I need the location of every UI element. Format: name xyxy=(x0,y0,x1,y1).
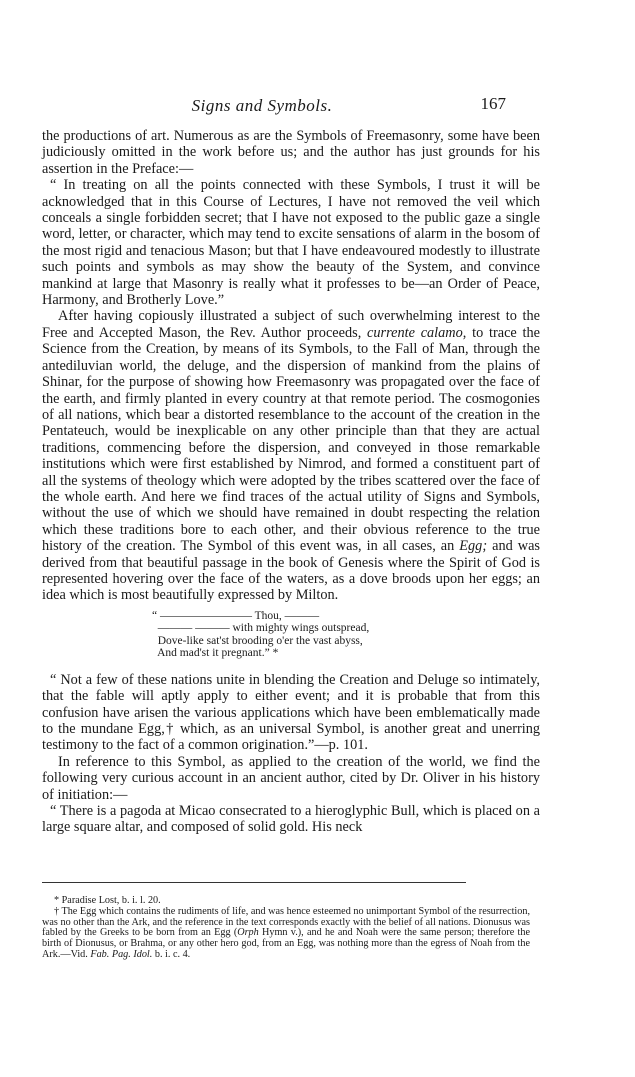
italic-phrase: currente calamo xyxy=(367,325,463,341)
paragraph-1: the productions of art. Numerous as are … xyxy=(42,128,540,177)
paragraph-5: In reference to this Symbol, as applied … xyxy=(42,754,540,803)
italic-egg: Egg; xyxy=(459,538,487,554)
milton-verse: “ ———————— Thou, ——— ——— ——— with mighty… xyxy=(152,610,540,660)
verse-line: Dove-like sat'st brooding o'er the vast … xyxy=(152,635,540,648)
body-text: the productions of art. Numerous as are … xyxy=(42,128,540,836)
running-head: Signs and Symbols. 167 xyxy=(42,96,540,118)
footnote-rule xyxy=(42,882,466,883)
paragraph-6: “ There is a pagoda at Micao consecrated… xyxy=(42,803,540,836)
running-title: Signs and Symbols. xyxy=(42,96,482,116)
verse-line: “ ———————— Thou, ——— xyxy=(152,610,540,623)
verse-line: ——— ——— with mighty wings outspread, xyxy=(152,622,540,635)
paragraph-4: “ Not a few of these nations unite in bl… xyxy=(42,672,540,754)
page-number: 167 xyxy=(481,94,507,114)
verse-line: And mad'st it pregnant.” * xyxy=(152,647,540,660)
paragraph-3: After having copiously illustrated a sub… xyxy=(42,308,540,603)
paragraph-preface-quote: “ In treating on all the points connecte… xyxy=(42,177,540,308)
footnotes: * Paradise Lost, b. i. l. 20. † The Egg … xyxy=(42,896,530,961)
footnote-2: † The Egg which contains the rudiments o… xyxy=(42,907,530,961)
